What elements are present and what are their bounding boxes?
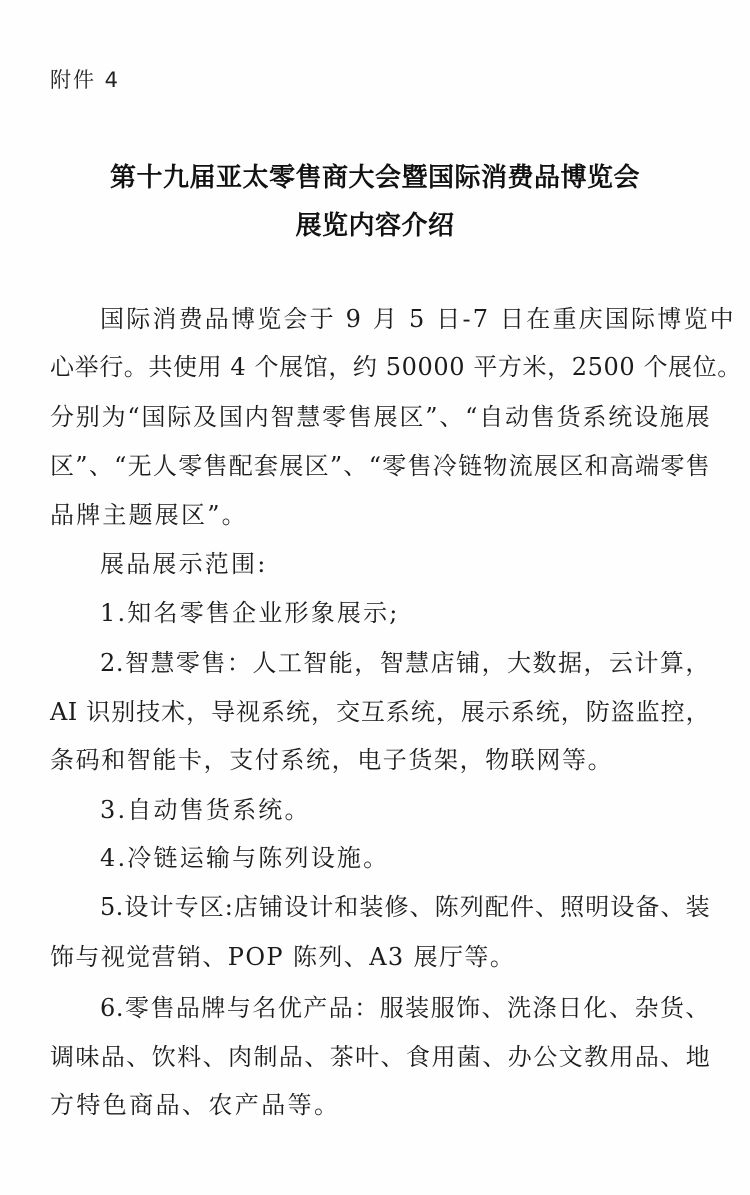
exhibit-item-3: 3.自动售货系统。: [100, 795, 710, 825]
exhibit-item-line: 饰与视觉营销、POP 陈列、A3 展厅等。: [50, 942, 710, 972]
document-title-line-2: 展览内容介绍: [0, 205, 750, 242]
exhibit-item-4: 4.冷链运输与陈列设施。: [100, 843, 710, 873]
document-title-line-1: 第十九届亚太零售商大会暨国际消费品博览会: [0, 157, 750, 194]
exhibits-heading: 展品展示范围:: [100, 549, 710, 579]
exhibit-item-line: 2.智慧零售：人工智能，智慧店铺，大数据，云计算，: [100, 648, 710, 678]
exhibit-item-line: AI 识别技术，导视系统，交互系统，展示系统，防盗监控，: [50, 697, 710, 727]
intro-line: 区”、“无人零售配套展区”、“零售冷链物流展区和高端零售: [50, 451, 710, 481]
exhibit-item-line: 方特色商品、农产品等。: [50, 1090, 710, 1120]
exhibit-item-line: 5.设计专区:店铺设计和装修、陈列配件、照明设备、装: [100, 892, 710, 922]
intro-line: 心举行。共使用 4 个展馆，约 50000 平方米，2500 个展位。: [50, 352, 710, 382]
intro-line: 分别为“国际及国内智慧零售展区”、“自动售货系统设施展: [50, 402, 710, 432]
intro-line: 品牌主题展区”。: [50, 500, 710, 530]
attachment-label: 附件 4: [50, 64, 120, 94]
document-page: 附件 4 第十九届亚太零售商大会暨国际消费品博览会 展览内容介绍 国际消费品博览…: [0, 0, 750, 1195]
intro-line: 国际消费品博览会于 9 月 5 日-7 日在重庆国际博览中: [100, 304, 710, 334]
exhibit-item-line: 调味品、饮料、肉制品、茶叶、食用菌、办公文教用品、地: [50, 1042, 710, 1072]
exhibit-item-line: 条码和智能卡，支付系统，电子货架，物联网等。: [50, 745, 710, 775]
exhibit-item-1: 1.知名零售企业形象展示;: [100, 598, 710, 628]
exhibit-item-line: 6.零售品牌与名优产品：服装服饰、洗涤日化、杂货、: [100, 993, 710, 1023]
